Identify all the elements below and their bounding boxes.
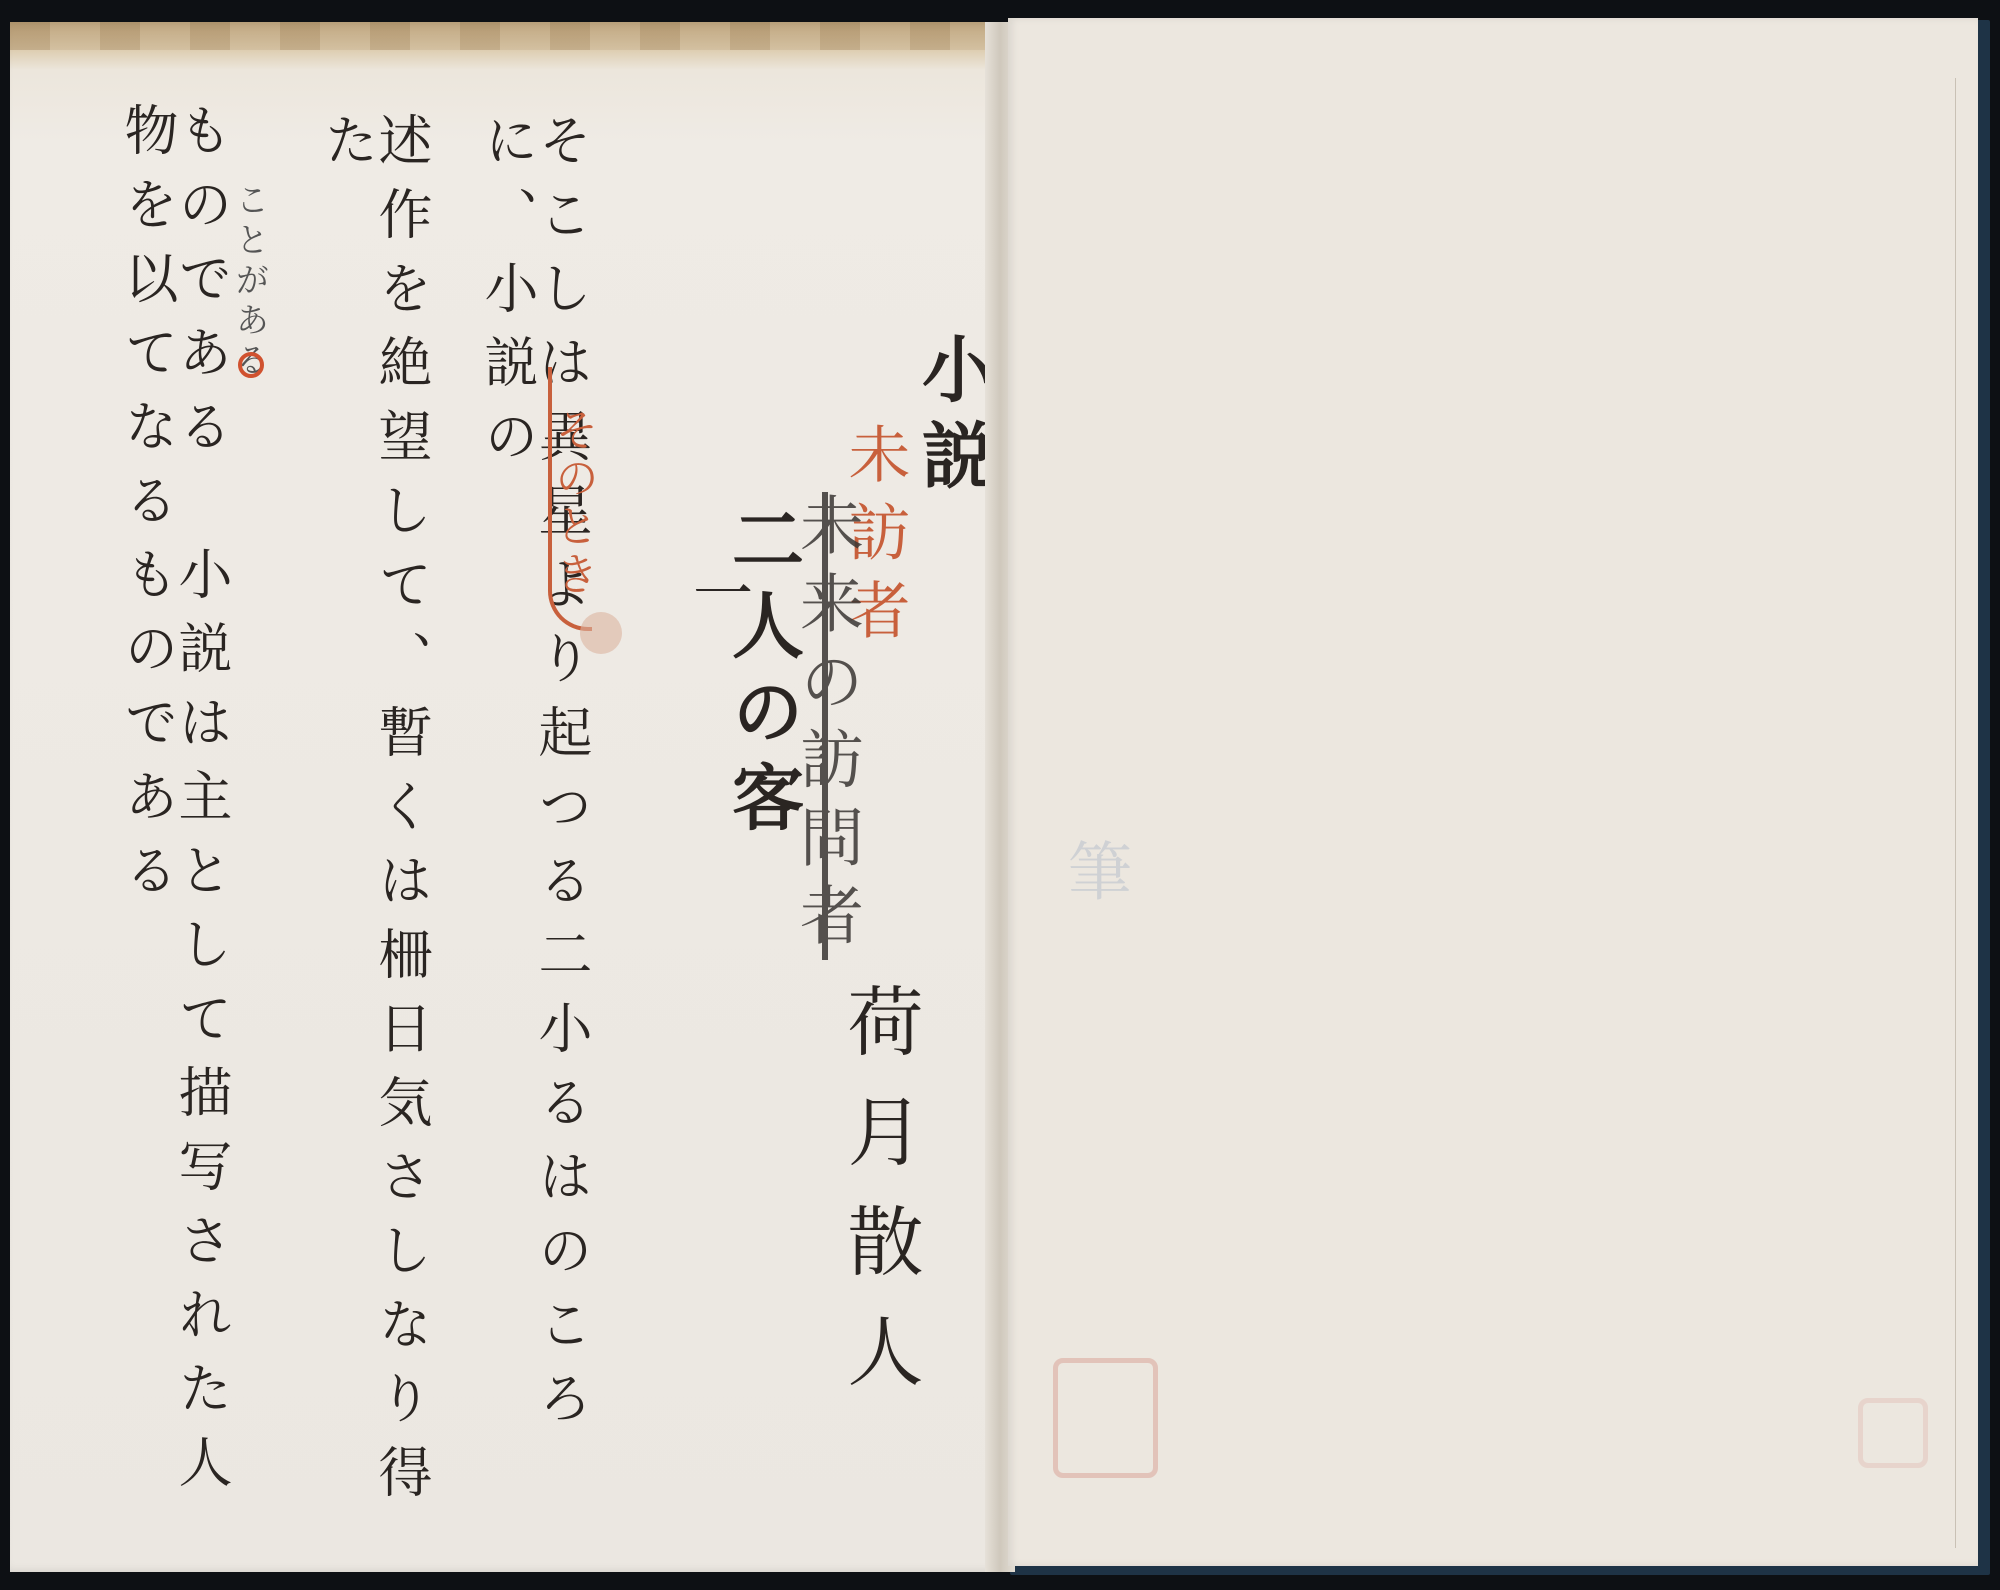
title-subtitle: 二人の客 (710, 502, 814, 846)
red-circle-mark (238, 352, 264, 378)
body-column-1: そこしは異星より起つる二小るはのころに、小説の (480, 112, 588, 1572)
show-through-text: 筆 (1048, 838, 1140, 920)
page-edge-line (1955, 78, 1956, 1548)
faint-seal-stamp (1053, 1358, 1158, 1478)
right-page: 筆 (1008, 18, 1978, 1566)
author-name: 荷月散人 (825, 982, 934, 1422)
body-column-4: ものである 小説は主として描写された人物を以てなるものである (120, 102, 228, 1572)
red-insertion-mark (548, 367, 592, 631)
left-page: 小説 未訪者 未来の訪問者 二人の客 一 荷月散人 そこしは異星より起つる二小る… (10, 22, 1010, 1572)
body-column-2: 述作を絶望して、暫くは柵日気さしなり得た (320, 112, 428, 1572)
faint-seal-stamp-2 (1858, 1398, 1928, 1468)
open-book: 小説 未訪者 未来の訪問者 二人の客 一 荷月散人 そこしは異星より起つる二小る… (0, 0, 2000, 1590)
chapter-marker: 一 (675, 562, 761, 622)
paper-stain (580, 612, 622, 654)
